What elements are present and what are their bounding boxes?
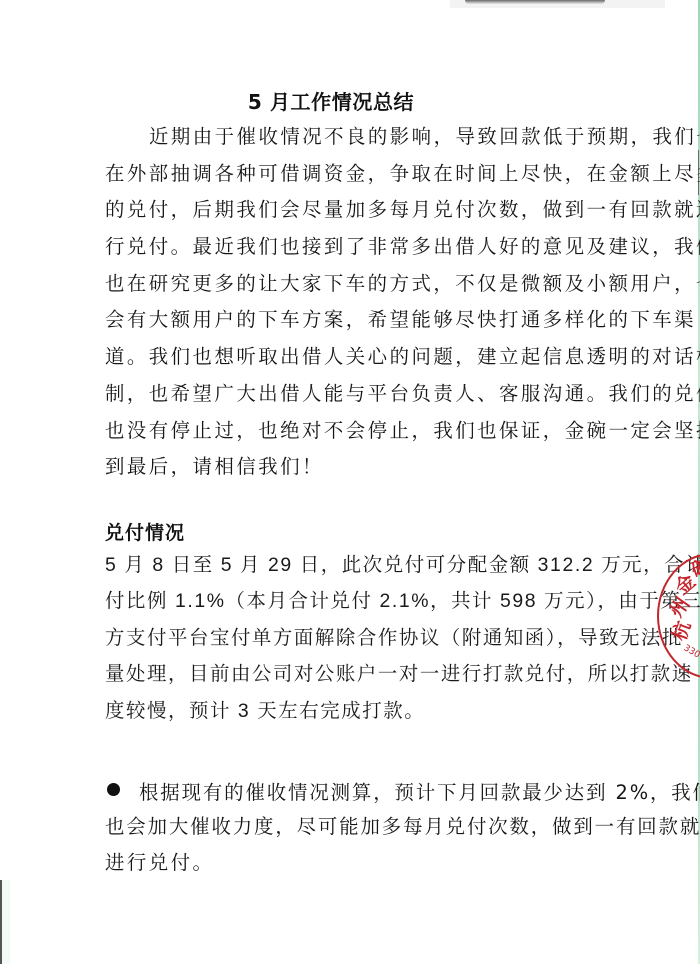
bullet-line: 根据现有的催收情况测算，预计下月回款最少达到 2%，我们 [139,781,700,804]
bullet-dot-icon [107,783,120,796]
section-line: 度较慢，预计 3 天左右完成打款。 [105,699,589,723]
section-line: 量处理，目前由公司对公账户一对一进行打款兑付，所以打款速 [105,662,589,686]
section-line: 方支付平台宝付单方面解除合作协议（附通知函），导致无法批 [105,626,589,650]
seal-char: 杭 [665,617,697,644]
bullet-line: 也会加大催收力度，尽可能加多每月兑付次数，做到一有回款就 [105,815,589,839]
intro-line: 的兑付，后期我们会尽量加多每月兑付次数，做到一有回款就进 [105,198,589,222]
scan-artifact-dark [465,0,605,4]
section-heading: 兑付情况 [105,518,185,545]
intro-line: 会有大额用户的下车方案，希望能够尽快打通多样化的下车渠 [105,308,589,332]
intro-line: 近期由于催收情况不良的影响，导致回款低于预期，我们也 [149,125,589,149]
document-page: 5 月工作情况总结 近期由于催收情况不良的影响，导致回款低于预期，我们也 在外部… [0,0,700,964]
intro-line: 也在研究更多的让大家下车的方式，不仅是微额及小额用户，也 [105,272,589,296]
document-title: 5 月工作情况总结 [0,86,662,115]
bullet-item: 根据现有的催收情况测算，预计下月回款最少达到 2%，我们 [107,777,700,805]
page-edge-left-tint [2,880,10,964]
intro-line: 也没有停止过，也绝对不会停止，我们也保证，金碗一定会坚持 [105,419,589,443]
intro-line: 到最后，请相信我们！ [105,455,589,479]
section-line: 5 月 8 日至 5 月 29 日，此次兑付可分配金额 312.2 万元，合计兑 [105,553,589,577]
intro-line: 行兑付。最近我们也接到了非常多出借人好的意见及建议，我们 [105,235,589,259]
intro-line: 在外部抽调各种可借调资金，争取在时间上尽快，在金额上尽多 [105,162,589,186]
bullet-line: 进行兑付。 [105,851,589,875]
intro-line: 制，也希望广大出借人能与平台负责人、客服沟通。我们的兑付 [105,382,589,406]
intro-line: 道。我们也想听取出借人关心的问题，建立起信息透明的对话机 [105,345,589,369]
section-line: 付比例 1.1%（本月合计兑付 2.1%，共计 598 万元），由于第三 [105,589,589,613]
seal-number: 330 [682,643,700,660]
